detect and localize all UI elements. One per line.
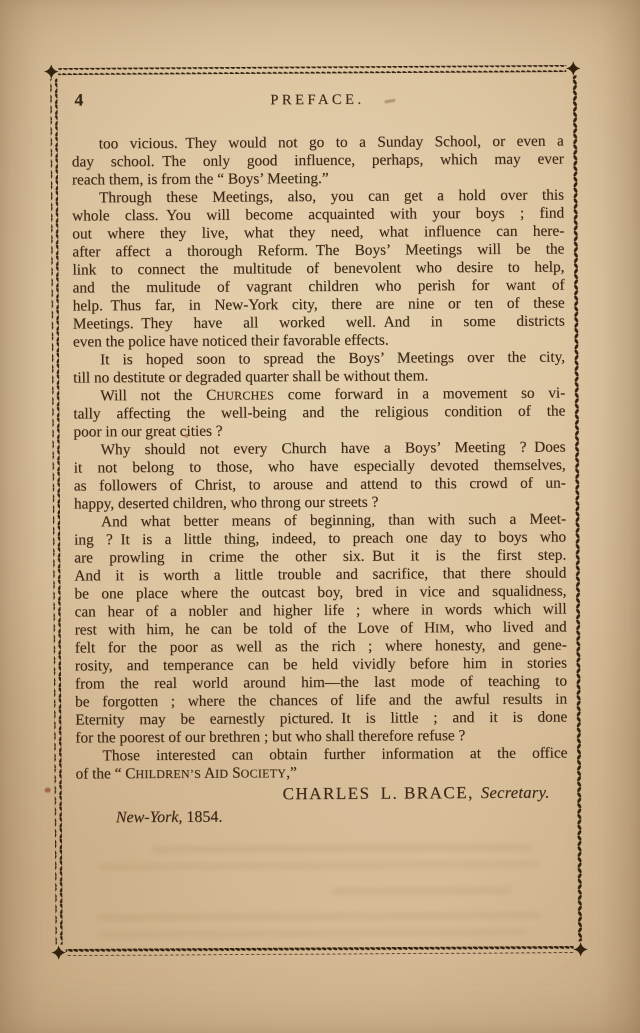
small-caps-text: ID [215, 767, 228, 781]
dateline: New-York, 1854. [116, 809, 223, 828]
text-line: of the “ CHILDREN’S AID SOCIETY,” [76, 762, 568, 783]
dateline-place: New-York, [116, 809, 183, 826]
corner-star-top-right [566, 61, 580, 75]
corner-star-bottom-left [51, 945, 65, 959]
corner-star-top-left [44, 64, 58, 78]
preface-body-text: too vicious. They would not go to a Sund… [72, 133, 568, 784]
border-right-chain [572, 75, 584, 941]
book-page-scan: 4 PREFACE. too vicious. They would not g… [0, 0, 640, 1033]
corner-star-bottom-right [573, 942, 587, 956]
small-caps-text: OCIETY [241, 766, 287, 780]
text-line: day school. The only good influence, per… [72, 151, 564, 172]
small-caps-text: IM [435, 621, 450, 635]
scanned-page-content: 4 PREFACE. too vicious. They would not g… [0, 0, 640, 1033]
text-line: tally affecting the well-being and the r… [73, 402, 565, 423]
dateline-year: 1854. [182, 809, 222, 826]
border-bottom-braid [66, 946, 574, 956]
signature-name: CHARLES L. BRACE, [283, 783, 474, 803]
text-line: Meetings. They have all worked well. And… [73, 313, 565, 334]
text-line: Eternity may be earnestly pictured. It i… [75, 708, 567, 729]
small-caps-text: HILDREN’S [135, 767, 201, 781]
small-caps-text: HURCHES [216, 388, 274, 402]
text-line: as followers of Christ, to arouse and at… [74, 474, 566, 495]
border-top-braid [58, 65, 566, 75]
signature-line: CHARLES L. BRACE,Secretary. [76, 783, 550, 806]
text-line: Those interested can obtain further info… [75, 744, 567, 765]
border-left-chain [50, 79, 62, 945]
running-title: PREFACE. [71, 91, 563, 111]
text-line: It is hoped soon to spread the Boys’ Mee… [73, 349, 565, 370]
signature-role: Secretary. [481, 783, 550, 802]
